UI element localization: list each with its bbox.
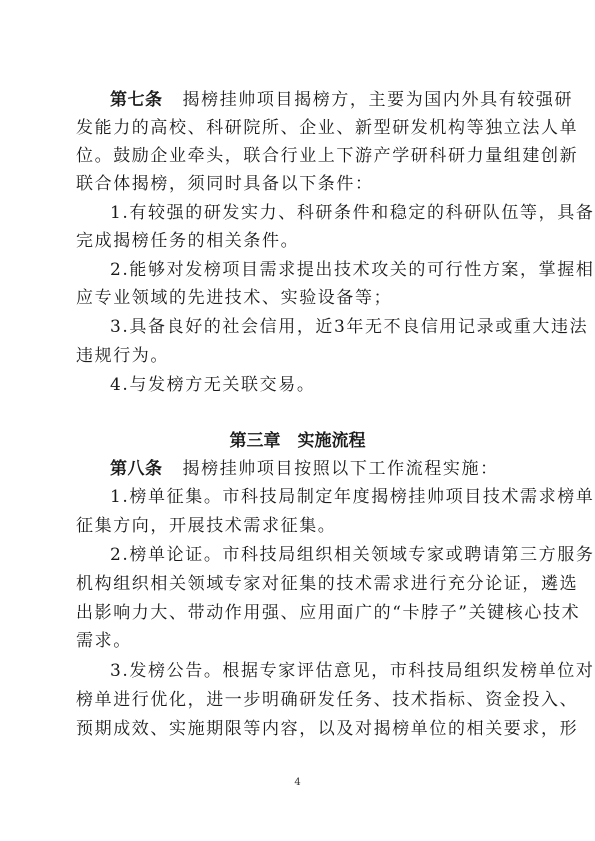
article8-label: 第八条 [110, 459, 163, 479]
step-3-line: 榜单进行优化，进一步明确研发任务、技术指标、资金投入、 [76, 690, 516, 710]
condition-2-line: 2.能够对发榜项目需求提出技术攻关的可行性方案，掌握相 [110, 260, 516, 280]
condition-1-line: 1.有较强的研发实力、科研条件和稳定的科研队伍等，具备 [110, 203, 516, 223]
condition-1-line: 完成揭榜任务的相关条件。 [76, 231, 516, 251]
condition-3-line: 3.具备良好的社会信用，近3年无不良信用记录或重大违法 [110, 317, 516, 337]
step-2-line: 机构组织相关领域专家对征集的技术需求进行充分论证，遴选 [76, 574, 516, 594]
step-1-line: 1.榜单征集。市科技局制定年度揭榜挂帅项目技术需求榜单 [110, 487, 516, 507]
article8-intro: 揭榜挂帅项目按照以下工作流程实施： [183, 459, 499, 479]
step-2-line: 出影响力大、带动作用强、应用面广的“卡脖子”关键核心技术 [76, 603, 516, 623]
step-2-line: 2.榜单论证。市科技局组织相关领域专家或聘请第三方服务 [110, 545, 516, 565]
condition-2-line: 应专业领域的先进技术、实验设备等； [76, 288, 516, 308]
step-3-line: 3.发榜公告。根据专家评估意见，市科技局组织发榜单位对 [110, 661, 516, 681]
condition-4-line: 4.与发榜方无关联交易。 [110, 375, 516, 395]
step-1-line: 征集方向，开展技术需求征集。 [76, 516, 516, 536]
condition-3-line: 违规行为。 [76, 346, 516, 366]
step-3-line: 预期成效、实施期限等内容，以及对揭榜单位的相关要求，形 [76, 719, 516, 739]
step-2-line: 需求。 [76, 631, 516, 651]
article7-line: 联合体揭榜，须同时具备以下条件： [76, 174, 516, 194]
chapter-heading: 第三章 实施流程 [0, 431, 595, 451]
document-page: 第七条揭榜挂帅项目揭榜方，主要为国内外具有较强研 发能力的高校、科研院所、企业、… [0, 0, 595, 841]
article8-first-line: 第八条揭榜挂帅项目按照以下工作流程实施： [110, 459, 516, 479]
article7-label: 第七条 [110, 90, 163, 110]
article7-line: 发能力的高校、科研院所、企业、新型研发机构等独立法人单 [76, 118, 516, 138]
article7-line: 位。鼓励企业牵头，联合行业上下游产学研科研力量组建创新 [76, 146, 516, 166]
article7-text: 揭榜挂帅项目揭榜方，主要为国内外具有较强研 [183, 90, 574, 110]
article7-first-line: 第七条揭榜挂帅项目揭榜方，主要为国内外具有较强研 [110, 90, 516, 110]
page-number: 4 [0, 777, 595, 788]
